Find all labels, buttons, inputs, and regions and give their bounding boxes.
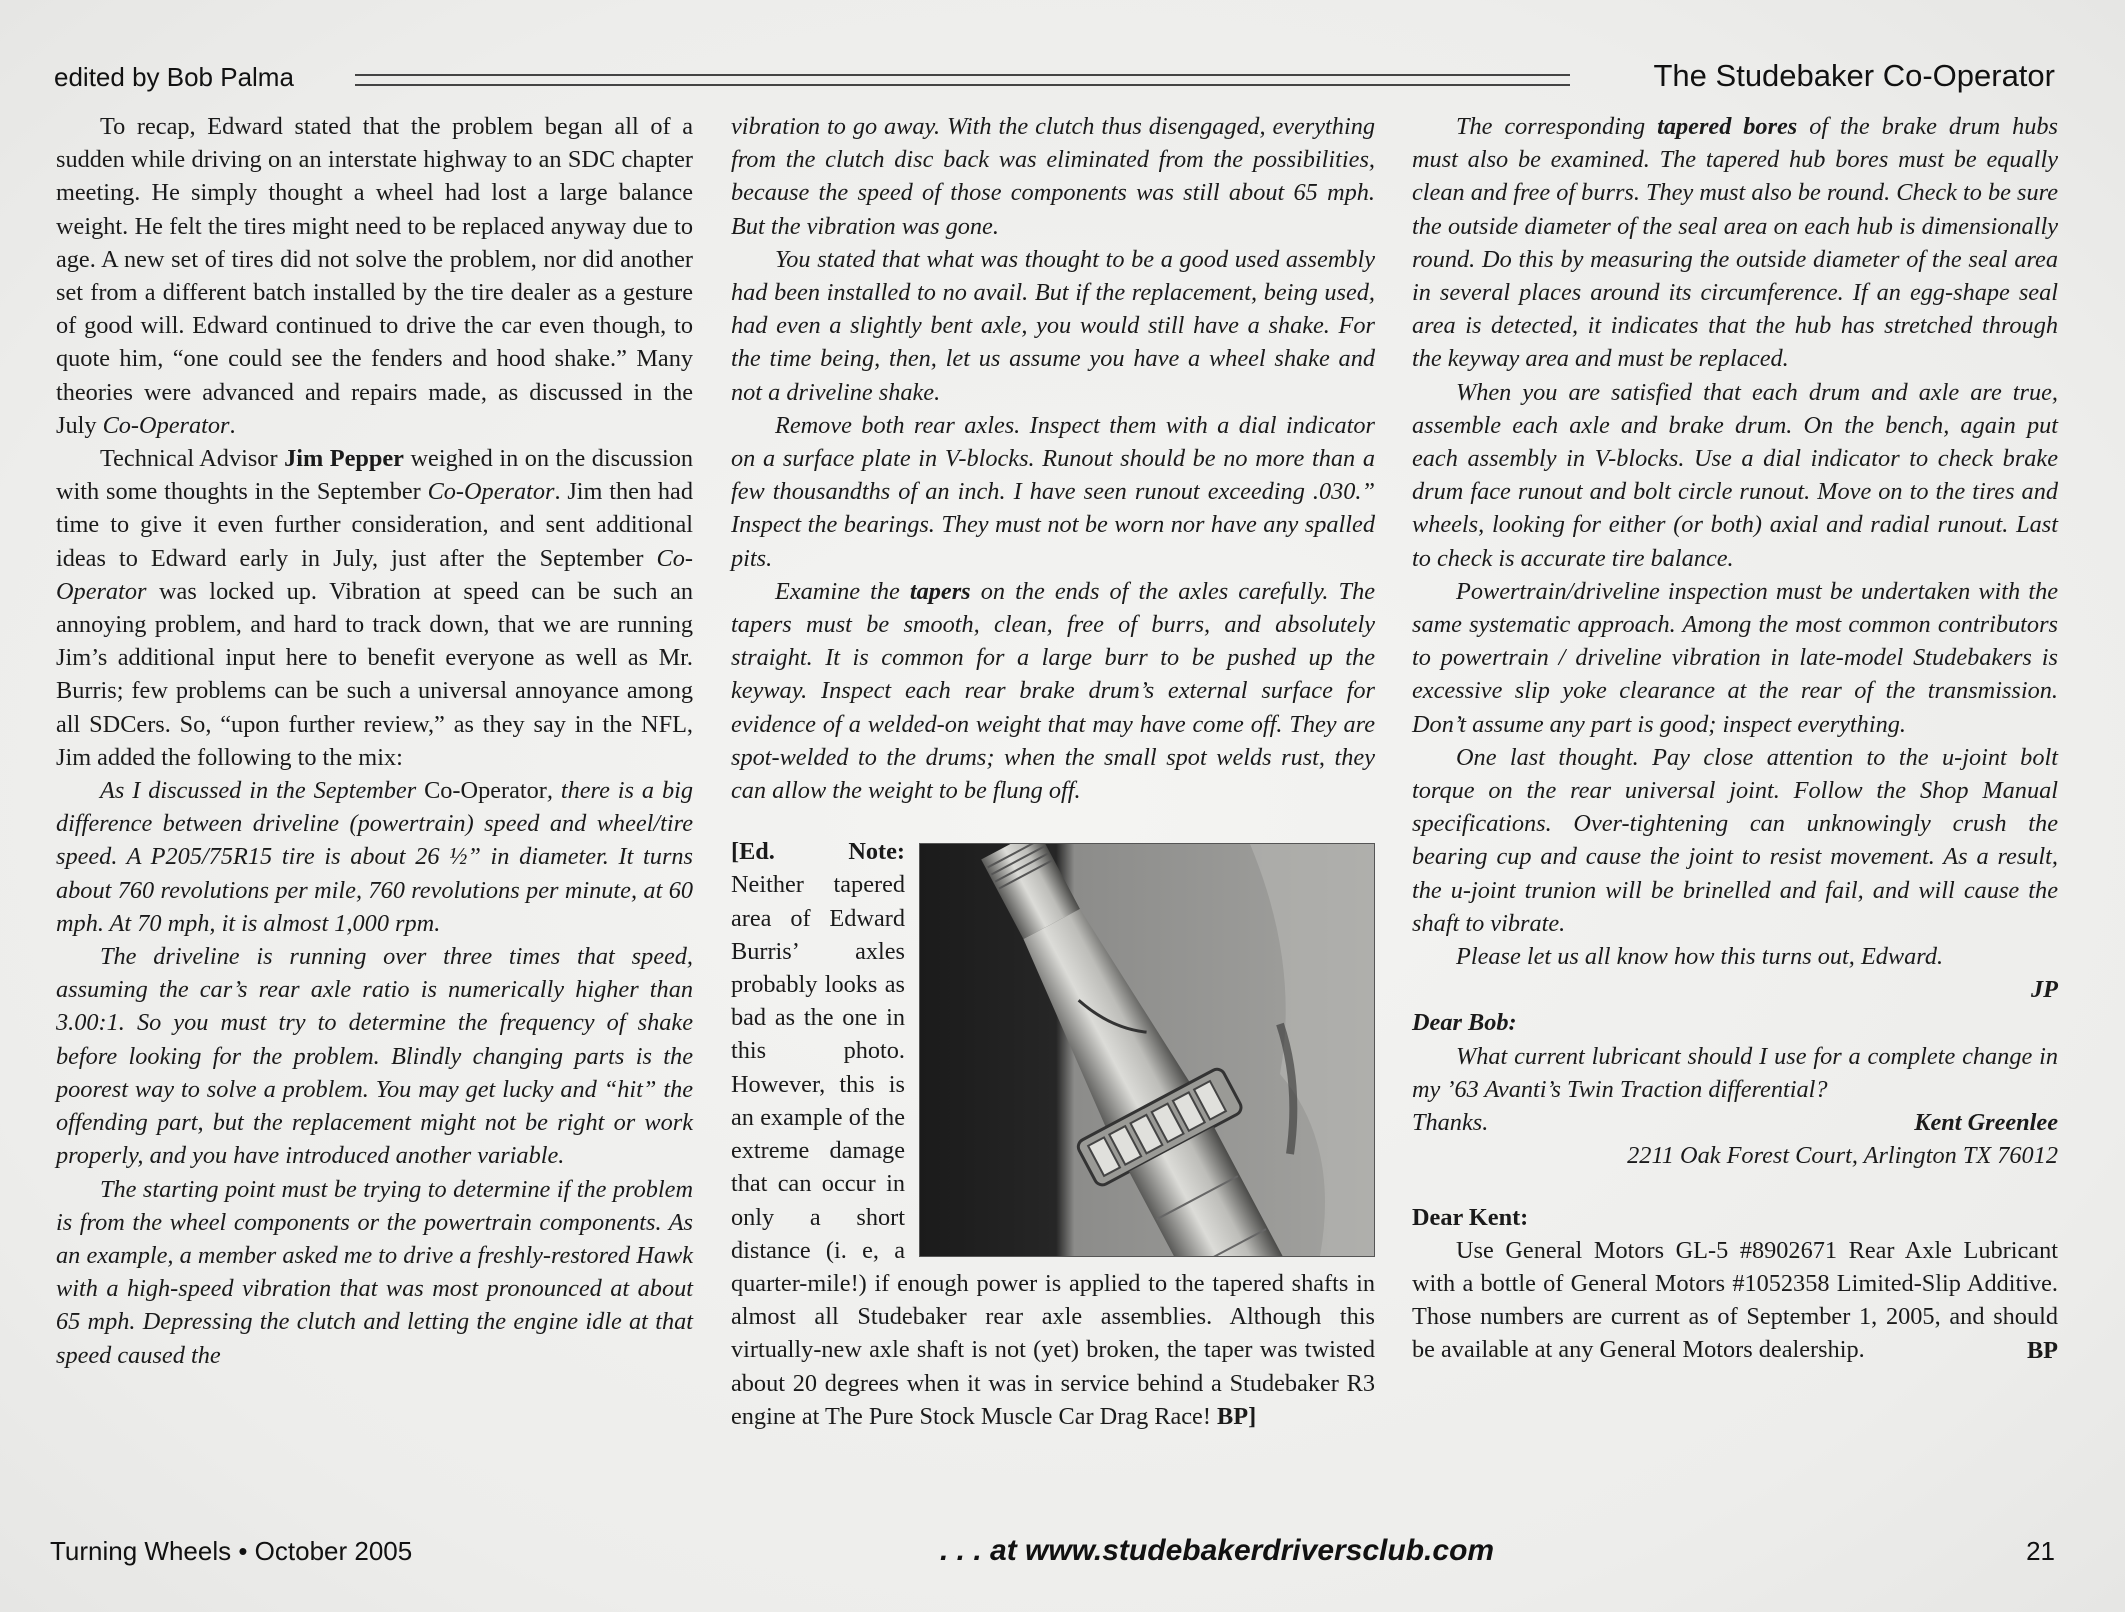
footer-publication: Turning Wheels • October 2005	[50, 1536, 412, 1567]
paragraph-tapered-bores: The corresponding tapered bores of the b…	[1412, 110, 2058, 376]
editor-note: [Ed. Note:	[731, 835, 1375, 1433]
letter-author-address: 2211 Oak Forest Court, Arlington TX 7601…	[1412, 1139, 2058, 1172]
paragraph-powertrain-inspection: Powertrain/driveline inspection must be …	[1412, 575, 2058, 741]
letter-author-name: Kent Greenlee	[1914, 1106, 2058, 1139]
page-number: 21	[2026, 1536, 2055, 1567]
paragraph-remove-axles: Remove both rear axles. Inspect them wit…	[731, 409, 1375, 575]
article-column-1: To recap, Edward stated that the problem…	[56, 110, 693, 1372]
paragraph-examine-tapers: Examine the tapers on the ends of the ax…	[731, 575, 1375, 807]
paragraph-vibration-gone: vibration to go away. With the clutch th…	[731, 110, 1375, 243]
paragraph-speed-difference: As I discussed in the September Co-Opera…	[56, 774, 693, 940]
paragraph-closing: Please let us all know how this turns ou…	[1412, 940, 2058, 973]
axle-photo-illustration	[920, 844, 1374, 1256]
reply-salutation: Dear Kent:	[1412, 1201, 2058, 1234]
letter-thanks: Thanks.	[1412, 1106, 1488, 1139]
spacer	[731, 807, 1375, 835]
header-rule-top	[355, 74, 1570, 76]
paragraph-technical-advisor: Technical Advisor Jim Pepper weighed in …	[56, 442, 693, 774]
paragraph-used-assembly: You stated that what was thought to be a…	[731, 243, 1375, 409]
advisor-name: Jim Pepper	[284, 445, 404, 472]
letter-question: What current lubricant should I use for …	[1412, 1040, 2058, 1106]
axle-shaft-photo	[919, 843, 1375, 1257]
editor-note-signature: BP]	[1217, 1403, 1256, 1430]
spacer	[1412, 1173, 2058, 1201]
paragraph-driveline-speed: The driveline is running over three time…	[56, 940, 693, 1172]
running-header-section-title: The Studebaker Co-Operator	[1654, 58, 2056, 94]
header-rule-bottom	[355, 84, 1570, 86]
running-header-editor: edited by Bob Palma	[54, 62, 294, 93]
paragraph-last-thought: One last thought. Pay close attention to…	[1412, 741, 2058, 940]
letter-signoff: Thanks. Kent Greenlee	[1412, 1106, 2058, 1139]
paragraph-starting-point: The starting point must be trying to det…	[56, 1173, 693, 1372]
paragraph-recap: To recap, Edward stated that the problem…	[56, 110, 693, 442]
letter-salutation: Dear Bob:	[1412, 1006, 2058, 1039]
signature-jp: JP	[1412, 973, 2058, 1006]
paragraph-assemble-drum: When you are satisfied that each drum an…	[1412, 376, 2058, 575]
article-column-3: The corresponding tapered bores of the b…	[1412, 110, 2058, 1367]
article-column-2: vibration to go away. With the clutch th…	[731, 110, 1375, 1433]
editor-note-label: [Ed. Note:	[731, 838, 905, 865]
footer-website-link[interactable]: . . . at www.studebakerdriversclub.com	[940, 1534, 1494, 1568]
